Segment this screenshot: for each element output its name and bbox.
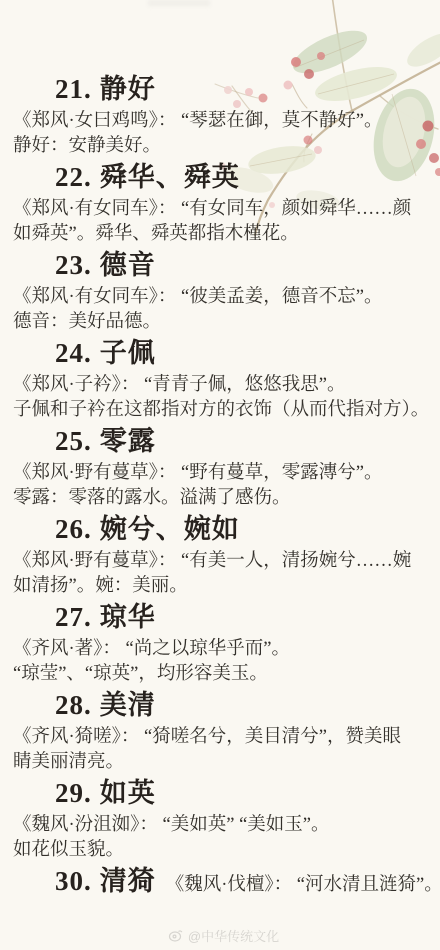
- entry-heading: 25.零露: [13, 425, 434, 457]
- entry-number: 24.: [55, 338, 92, 368]
- name-entry: 27.琼华 《齐风·著》： “尚之以琼华乎而”。“琼莹”、“琼英”，均形容美玉。: [13, 601, 434, 687]
- entry-line: 《齐风·猗嗟》： “猗嗟名兮，美目清兮”，赞美眼: [13, 725, 434, 750]
- name-list: 21.静好 《郑风·女曰鸡鸣》： “琴瑟在御，莫不静好”。静好：安静美好。 22…: [0, 0, 440, 945]
- entry-name: 如英: [100, 778, 156, 808]
- entry-name: 零露: [100, 426, 156, 456]
- entry-name: 琼华: [100, 602, 156, 632]
- entry-line: 如清扬”。婉：美丽。: [13, 574, 434, 599]
- entry-name: 静好: [100, 74, 156, 104]
- name-entry: 25.零露 《郑风·野有蔓草》： “野有蔓草，零露漙兮”。零露：零落的露水。溢满…: [13, 425, 434, 511]
- entry-name: 德音: [100, 250, 156, 280]
- entry-line: 如花似玉貌。: [13, 838, 434, 863]
- name-entry: 23.德音 《郑风·有女同车》： “彼美孟姜，德音不忘”。德音：美好品德。: [13, 249, 434, 335]
- document-page: 21.静好 《郑风·女曰鸡鸣》： “琴瑟在御，莫不静好”。静好：安静美好。 22…: [0, 0, 440, 950]
- entry-number: 21.: [55, 74, 92, 104]
- entry-line: 《郑风·女曰鸡鸣》： “琴瑟在御，莫不静好”。: [13, 109, 434, 134]
- weibo-watermark-icon: [168, 928, 183, 943]
- entry-name: 清猗: [100, 866, 156, 896]
- name-entry: 29.如英 《魏风·汾沮洳》： “美如英” “美如玉”。如花似玉貌。: [13, 777, 434, 863]
- entry-line: 《魏风·伐檀》： “河水清且涟猗”。: [166, 873, 440, 898]
- entry-line: 子佩和子衿在这都指对方的衣饰（从而代指对方）。: [13, 398, 434, 423]
- entry-line: 零露：零落的露水。溢满了感伤。: [13, 486, 434, 511]
- entry-heading: 26.婉兮、婉如: [13, 513, 434, 545]
- entry-line: 睛美丽清亮。: [13, 750, 434, 775]
- watermark-text: @中华传统文化: [188, 926, 279, 945]
- entry-name: 美清: [100, 690, 156, 720]
- entry-line: 《魏风·汾沮洳》： “美如英” “美如玉”。: [13, 813, 434, 838]
- entry-heading: 27.琼华: [13, 601, 434, 633]
- entry-heading: 29.如英: [13, 777, 434, 809]
- name-entry: 21.静好 《郑风·女曰鸡鸣》： “琴瑟在御，莫不静好”。静好：安静美好。: [13, 73, 434, 159]
- entry-line: 《郑风·野有蔓草》： “有美一人，清扬婉兮……婉: [13, 549, 434, 574]
- entry-heading: 28.美清: [13, 689, 434, 721]
- entry-name: 舜华、舜英: [100, 162, 240, 192]
- entry-number: 25.: [55, 426, 92, 456]
- watermark: @中华传统文化: [13, 926, 434, 945]
- name-entry: 24.子佩 《郑风·子衿》： “青青子佩，悠悠我思”。子佩和子衿在这都指对方的衣…: [13, 337, 434, 423]
- entry-number: 23.: [55, 250, 92, 280]
- entry-heading: 21.静好: [13, 73, 434, 105]
- entry-line: 德音：美好品德。: [13, 310, 434, 335]
- entry-number: 29.: [55, 778, 92, 808]
- entry-name: 子佩: [100, 338, 156, 368]
- entry-name: 婉兮、婉如: [100, 514, 240, 544]
- name-entry: 30.清猗 《魏风·伐檀》： “河水清且涟猗”。: [13, 865, 434, 898]
- entry-number: 30.: [55, 866, 92, 896]
- entry-number: 26.: [55, 514, 92, 544]
- entry-heading: 22.舜华、舜英: [13, 161, 434, 193]
- entry-number: 22.: [55, 162, 92, 192]
- name-entry: 22.舜华、舜英 《郑风·有女同车》： “有女同车，颜如舜华……颜如舜英”。舜华…: [13, 161, 434, 247]
- entry-line: 《郑风·有女同车》： “彼美孟姜，德音不忘”。: [13, 285, 434, 310]
- name-entry: 26.婉兮、婉如 《郑风·野有蔓草》： “有美一人，清扬婉兮……婉如清扬”。婉：…: [13, 513, 434, 599]
- entry-line: 《郑风·子衿》： “青青子佩，悠悠我思”。: [13, 373, 434, 398]
- entry-line: 《郑风·野有蔓草》： “野有蔓草，零露漙兮”。: [13, 461, 434, 486]
- entry-number: 27.: [55, 602, 92, 632]
- entry-line: “琼莹”、“琼英”，均形容美玉。: [13, 662, 434, 687]
- entry-line: 静好：安静美好。: [13, 134, 434, 159]
- entry-heading: 24.子佩: [13, 337, 434, 369]
- entry-line: 如舜英”。舜华、舜英都指木槿花。: [13, 222, 434, 247]
- entry-heading: 30.清猗: [13, 865, 156, 897]
- entry-line: 《郑风·有女同车》： “有女同车，颜如舜华……颜: [13, 197, 434, 222]
- entry-number: 28.: [55, 690, 92, 720]
- entry-line: 《齐风·著》： “尚之以琼华乎而”。: [13, 637, 434, 662]
- name-entry: 28.美清 《齐风·猗嗟》： “猗嗟名兮，美目清兮”，赞美眼睛美丽清亮。: [13, 689, 434, 775]
- entry-heading: 23.德音: [13, 249, 434, 281]
